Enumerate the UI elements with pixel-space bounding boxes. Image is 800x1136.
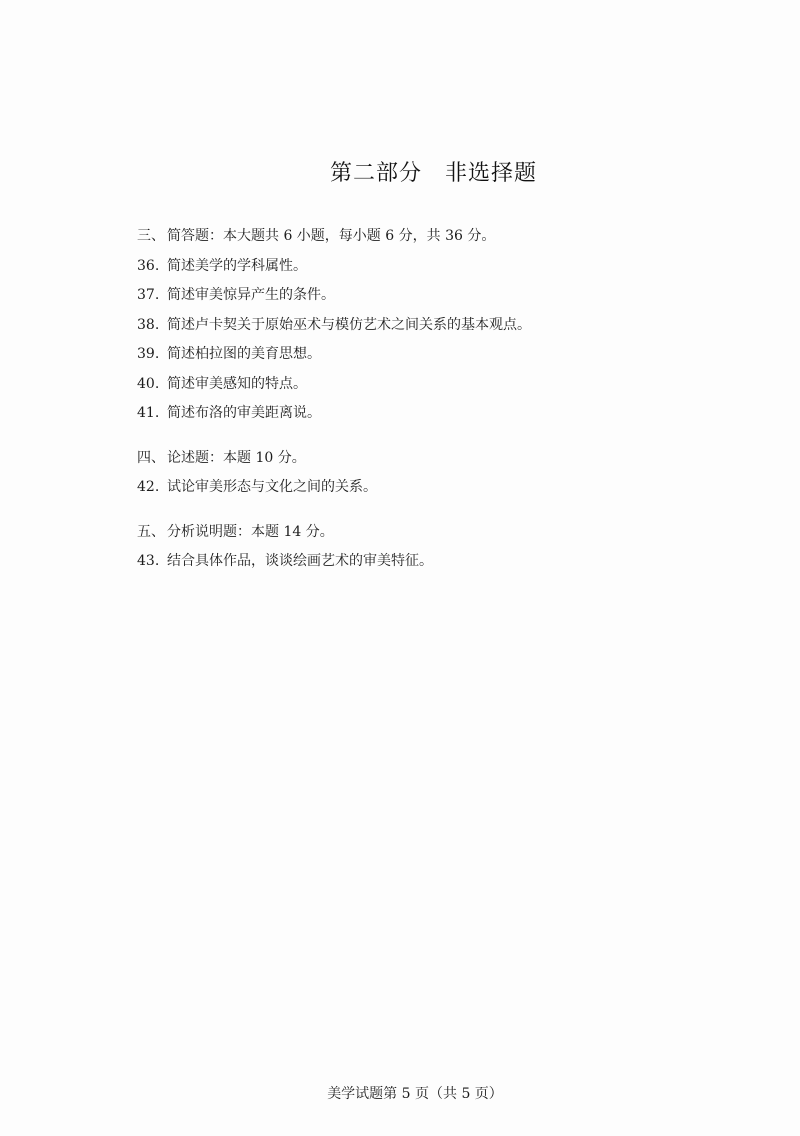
section-heading-text: 论述题：本题 10 分。	[167, 450, 306, 466]
question-item: 36.简述美学的学科属性。	[137, 252, 697, 282]
exam-page: 第二部分 非选择题 三、简答题：本大题共 6 小题，每小题 6 分，共 36 分…	[0, 0, 800, 1136]
section-number: 三、	[137, 222, 167, 252]
question-item: 40.简述审美感知的特点。	[137, 370, 697, 400]
question-content: 三、简答题：本大题共 6 小题，每小题 6 分，共 36 分。 36.简述美学的…	[137, 222, 697, 592]
page-footer: 美学试题第 5 页（共 5 页）	[0, 1083, 800, 1103]
question-item: 42.试论审美形态与文化之间的关系。	[137, 473, 697, 503]
section-heading-text: 简答题：本大题共 6 小题，每小题 6 分，共 36 分。	[167, 228, 495, 244]
section-heading: 三、简答题：本大题共 6 小题，每小题 6 分，共 36 分。	[137, 222, 697, 252]
section-analysis: 五、分析说明题：本题 14 分。 43.结合具体作品，谈谈绘画艺术的审美特征。	[137, 518, 697, 577]
question-number: 37.	[137, 281, 167, 311]
question-number: 38.	[137, 311, 167, 341]
question-number: 42.	[137, 473, 167, 503]
question-text: 简述美学的学科属性。	[167, 258, 307, 274]
question-item: 41.简述布洛的审美距离说。	[137, 399, 697, 429]
section-number: 四、	[137, 444, 167, 474]
section-heading: 四、论述题：本题 10 分。	[137, 444, 697, 474]
question-text: 简述审美惊异产生的条件。	[167, 287, 335, 303]
question-item: 37.简述审美惊异产生的条件。	[137, 281, 697, 311]
question-item: 39.简述柏拉图的美育思想。	[137, 340, 697, 370]
question-number: 41.	[137, 399, 167, 429]
section-short-answer: 三、简答题：本大题共 6 小题，每小题 6 分，共 36 分。 36.简述美学的…	[137, 222, 697, 429]
question-number: 43.	[137, 547, 167, 577]
part-title: 第二部分 非选择题	[0, 156, 800, 187]
section-heading-text: 分析说明题：本题 14 分。	[167, 524, 334, 540]
question-number: 40.	[137, 370, 167, 400]
section-number: 五、	[137, 518, 167, 548]
question-number: 39.	[137, 340, 167, 370]
question-text: 结合具体作品，谈谈绘画艺术的审美特征。	[167, 553, 433, 569]
question-number: 36.	[137, 252, 167, 282]
question-text: 简述布洛的审美距离说。	[167, 405, 321, 421]
section-heading: 五、分析说明题：本题 14 分。	[137, 518, 697, 548]
question-text: 简述审美感知的特点。	[167, 376, 307, 392]
question-text: 试论审美形态与文化之间的关系。	[167, 479, 377, 495]
question-item: 38.简述卢卡契关于原始巫术与模仿艺术之间关系的基本观点。	[137, 311, 697, 341]
question-text: 简述柏拉图的美育思想。	[167, 346, 321, 362]
question-item: 43.结合具体作品，谈谈绘画艺术的审美特征。	[137, 547, 697, 577]
section-essay: 四、论述题：本题 10 分。 42.试论审美形态与文化之间的关系。	[137, 444, 697, 503]
question-text: 简述卢卡契关于原始巫术与模仿艺术之间关系的基本观点。	[167, 317, 531, 333]
